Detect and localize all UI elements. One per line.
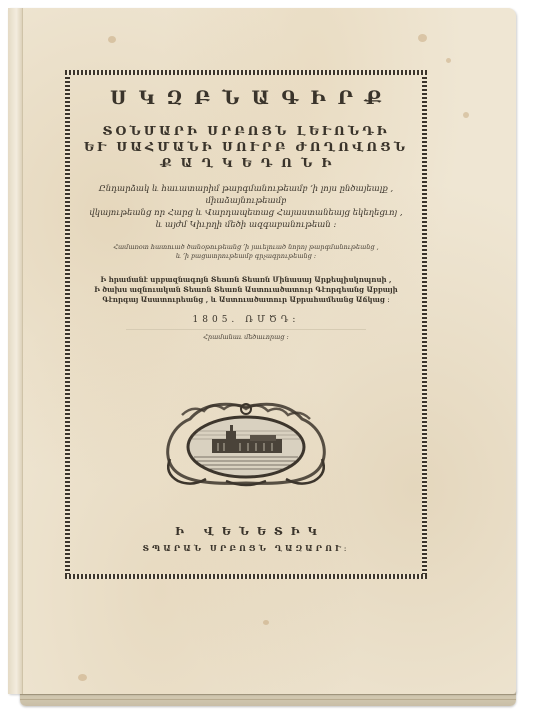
subtitle-line-1: ՏՕՆՄԱՐԻ ՍՐԲՈՑՆ ԼԵՒՈՆԴԻ [70, 123, 422, 139]
foxing-stain [108, 36, 116, 43]
subtitle-line-3: ՔԱՂԿԵԴՈՆԻ [70, 155, 422, 171]
note: Համառօտ հատուած ծանօթութեանց ՚ի յաւելուա… [106, 243, 386, 261]
title-block: ՍԿԶԲՆԱԳԻՐՔ ՏՕՆՄԱՐԻ ՍՐԲՈՑՆ ԼԵՒՈՆԴԻ ԵՒ ՍԱՀ… [70, 75, 422, 574]
foxing-stain [418, 34, 427, 42]
description-line-3: և այժմ Կիւրղի մեծի ազգաբանութեան ։ [81, 219, 411, 231]
subtitle-line-2: ԵՒ ՍԱՀՄԱՆԻ ՍՈՒՐԲ ԺՈՂՈՎՈՑՆ [70, 139, 422, 155]
printing-press: ՏՊԱՐԱՆ ՍՐԲՈՑՆ ՂԱԶԱՐՈՒ։ [70, 543, 422, 553]
permission-line: Հրամանաւ մեծաւորաց ։ [70, 333, 422, 341]
note-line-1: Համառօտ հատուած ծանօթութեանց ՚ի յաւելուա… [106, 243, 386, 252]
photograph: ՍԿԶԲՆԱԳԻՐՔ ՏՕՆՄԱՐԻ ՍՐԲՈՑՆ ԼԵՒՈՆԴԻ ԵՒ ՍԱՀ… [0, 0, 536, 717]
foxing-stain [263, 620, 269, 625]
foxing-stain [78, 674, 87, 681]
foxing-stain [446, 58, 451, 63]
foxing-stain [463, 112, 469, 118]
divider-rule [126, 329, 366, 330]
ornamental-border: ՍԿԶԲՆԱԳԻՐՔ ՏՕՆՄԱՐԻ ՍՐԲՈՑՆ ԼԵՒՈՆԴԻ ԵՒ ՍԱՀ… [60, 65, 432, 584]
note-line-2: և ՚ի բացատրութեամբ գրչագրութեանց ։ [106, 252, 386, 261]
description: Ընդարձակ և հաւատարիմ թարգմանութեամբ ՚ի լ… [81, 183, 411, 231]
engraved-cartouche-icon [162, 397, 330, 489]
description-line-1: Ընդարձակ և հաւատարիմ թարգմանութեամբ ՚ի լ… [81, 183, 411, 207]
description-line-2: վկայութեանց որ Հարց և Վարդապետաց Հայաստա… [81, 207, 411, 219]
book-title: ՍԿԶԲՆԱԳԻՐՔ [70, 87, 422, 109]
patronage-line-1: Ի հրամանէ սրբազնագոյն Տեառն Տեառն Մինասա… [86, 275, 406, 285]
title-page: ՍԿԶԲՆԱԳԻՐՔ ՏՕՆՄԱՐԻ ՍՐԲՈՑՆ ԼԵՒՈՆԴԻ ԵՒ ՍԱՀ… [8, 8, 516, 694]
patronage-line-2: Ի ծախս ազնուական Տեառն Տեառն Աստուածատու… [86, 285, 406, 295]
patronage-line-3: Գէորգայ Ասատուրեանց , և Աստուածատուր Աբր… [86, 295, 406, 305]
patronage: Ի հրամանէ սրբազնագոյն Տեառն Տեառն Մինասա… [86, 275, 406, 305]
place-of-publication: Ի ՎԵՆԵՏԻԿ [70, 525, 422, 538]
spine-edge [8, 8, 23, 694]
publication-year: 1805. ՌՄԾԴ։ [70, 315, 422, 325]
